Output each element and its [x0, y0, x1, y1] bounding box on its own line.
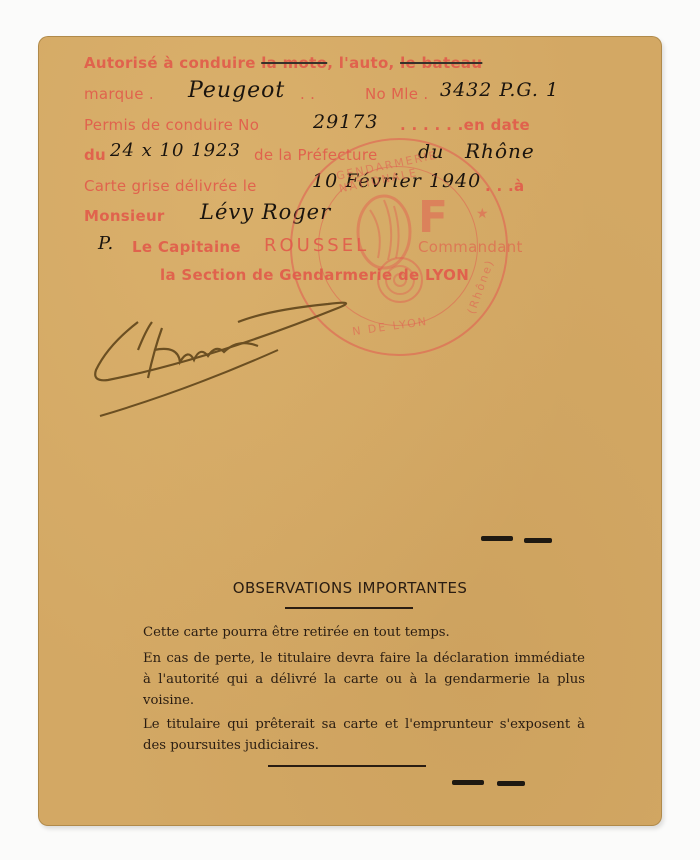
observations-title: OBSERVATIONS IMPORTANTES	[0, 579, 700, 597]
staple-top-left	[481, 536, 513, 541]
marque-label: marque .	[84, 85, 154, 103]
marque-dots: . .	[300, 85, 315, 103]
staple-bottom-left	[452, 780, 484, 785]
stamp-letter: F	[418, 192, 448, 243]
authorization-line: Autorisé à conduire la moto, l'auto, le …	[84, 54, 482, 72]
permis-date-label: . . . . . .en date	[400, 116, 530, 134]
authorization-label: Autorisé à conduire	[84, 54, 256, 72]
observation-paragraph-1: Cette carte pourra être retirée en tout …	[143, 622, 585, 643]
struck-bateau: le bateau	[400, 54, 482, 72]
staple-bottom-right	[497, 781, 525, 786]
star-icon: ★	[476, 206, 489, 222]
auto-label: , l'auto,	[327, 54, 400, 72]
matricule-label: No Mle .	[365, 85, 428, 103]
observation-paragraph-2: En cas de perte, le titulaire devra fair…	[143, 648, 585, 711]
monsieur-label: Monsieur	[84, 207, 165, 225]
title-underline	[285, 607, 413, 609]
du-label: du	[84, 146, 106, 164]
capitaine-label: Le Capitaine	[132, 238, 241, 256]
marque-value: Peugeot	[188, 78, 285, 103]
bottom-rule	[268, 765, 426, 767]
observation-paragraph-3: Le titulaire qui prêterait sa carte et l…	[143, 714, 585, 756]
staple-top-right	[524, 538, 552, 543]
permis-date-value: 24 x 10 1923	[110, 140, 241, 161]
signature-icon	[88, 290, 368, 420]
permis-value: 29173	[313, 111, 378, 133]
carte-grise-label: Carte grise délivrée le	[84, 177, 257, 195]
matricule-value: 3432 P.G. 1	[440, 79, 559, 101]
pour-mark: P.	[98, 233, 114, 254]
permis-label: Permis de conduire No	[84, 116, 259, 134]
struck-moto: la moto	[261, 54, 327, 72]
